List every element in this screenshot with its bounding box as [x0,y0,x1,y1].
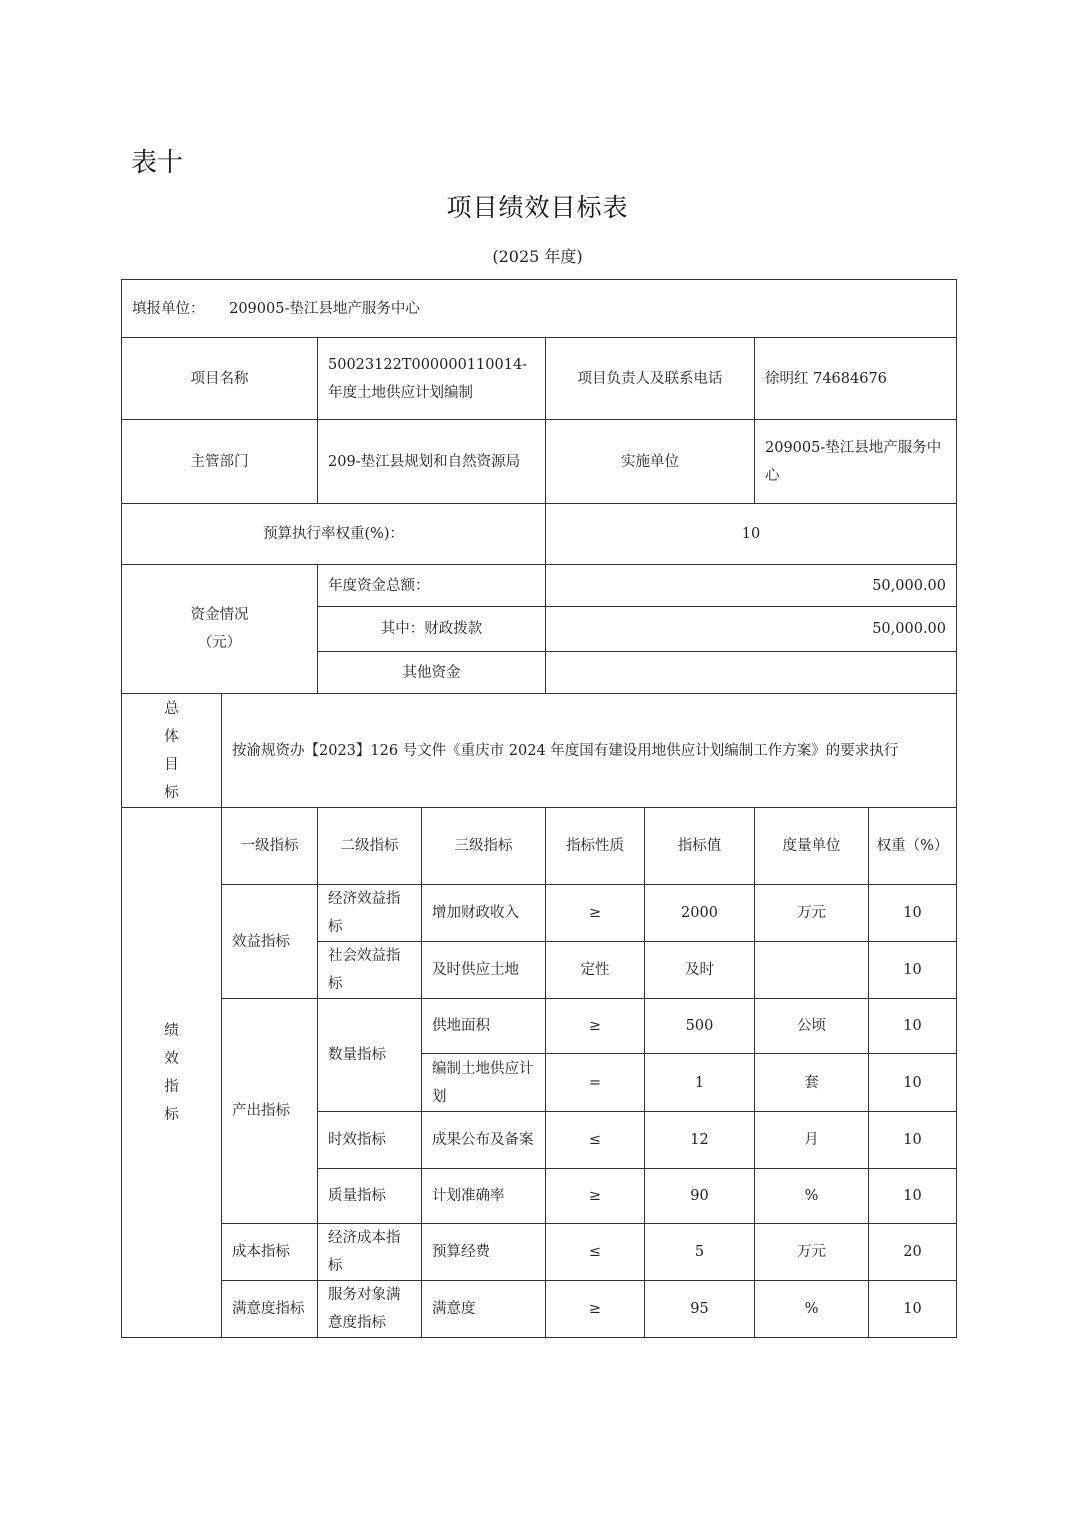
value-cell: 1 [645,1054,755,1112]
unit-cell: 套 [755,1054,869,1112]
contact-label: 项目负责人及联系电话 [546,338,755,420]
level3-cell: 计划准确率 [422,1169,546,1224]
nature-cell: ≤ [546,1112,645,1169]
indicators-char: 效 [122,1045,221,1073]
weight-cell: 10 [869,942,957,999]
overall-goal-char: 目 [122,751,221,779]
nature-cell: 定性 [546,942,645,999]
reporting-unit-cell: 填报单位： 209005-垫江县地产服务中心 [122,280,957,338]
column-header: 指标值 [645,808,755,885]
level3-cell: 满意度 [422,1281,546,1338]
implementing-unit-value: 209005-垫江县地产服务中心 [755,420,957,504]
project-name-label: 项目名称 [122,338,318,420]
funds-fiscal-label: 其中：财政拨款 [318,607,546,652]
table-label: 表十 [131,142,183,179]
value-cell: 5 [645,1224,755,1281]
level2-cell: 社会效益指标 [318,942,422,999]
column-header: 度量单位 [755,808,869,885]
funds-other-value [546,652,957,694]
weight-cell: 10 [869,1054,957,1112]
funds-total-row: 资金情况 （元） 年度资金总额： 50,000.00 [122,565,957,607]
funds-label-line1: 资金情况 [132,601,307,629]
document-title: 项目绩效目标表 [0,188,1075,224]
column-header: 二级指标 [318,808,422,885]
weight-cell: 10 [869,1112,957,1169]
implementing-unit-label: 实施单位 [546,420,755,504]
level3-cell: 成果公布及备案 [422,1112,546,1169]
table-row: 产出指标 数量指标 供地面积 ≥ 500 公顷 10 [122,999,957,1054]
reporting-unit-label: 填报单位： [132,301,205,317]
nature-cell: = [546,1054,645,1112]
unit-cell: % [755,1169,869,1224]
value-cell: 2000 [645,885,755,942]
unit-cell: 公顷 [755,999,869,1054]
value-cell: 12 [645,1112,755,1169]
overall-goal-label: 总 体 目 标 [122,694,222,808]
nature-cell: ≥ [546,1169,645,1224]
level2-cell: 时效指标 [318,1112,422,1169]
funds-label-line2: （元） [132,629,307,657]
department-row: 主管部门 209-垫江县规划和自然资源局 实施单位 209005-垫江县地产服务… [122,420,957,504]
budget-weight-value: 10 [546,504,957,565]
unit-cell: % [755,1281,869,1338]
overall-goal-char: 标 [122,779,221,807]
weight-cell: 20 [869,1224,957,1281]
nature-cell: ≤ [546,1224,645,1281]
column-header: 一级指标 [222,808,318,885]
level3-cell: 编制土地供应计划 [422,1054,546,1112]
value-cell: 500 [645,999,755,1054]
nature-cell: ≥ [546,1281,645,1338]
indicators-char: 指 [122,1073,221,1101]
level2-quantity: 数量指标 [318,999,422,1112]
weight-cell: 10 [869,999,957,1054]
level3-cell: 增加财政收入 [422,885,546,942]
column-header: 三级指标 [422,808,546,885]
unit-cell: 万元 [755,1224,869,1281]
unit-cell: 万元 [755,885,869,942]
level1-cost: 成本指标 [222,1224,318,1281]
nature-cell: ≥ [546,885,645,942]
department-value: 209-垫江县规划和自然资源局 [318,420,546,504]
level2-cell: 经济成本指标 [318,1224,422,1281]
performance-goal-table: 填报单位： 209005-垫江县地产服务中心 项目名称 50023122T000… [121,279,957,1338]
reporting-unit-value: 209005-垫江县地产服务中心 [229,301,420,317]
level2-cell: 质量指标 [318,1169,422,1224]
budget-weight-label: 预算执行率权重(%)： [122,504,546,565]
overall-goal-text: 按渝规资办【2023】126 号文件《重庆市 2024 年度国有建设用地供应计划… [222,694,957,808]
indicators-label: 绩 效 指 标 [122,808,222,1338]
indicators-char: 标 [122,1101,221,1129]
department-label: 主管部门 [122,420,318,504]
indicators-char: 绩 [122,1017,221,1045]
level1-output: 产出指标 [222,999,318,1224]
level1-satisfaction: 满意度指标 [222,1281,318,1338]
level2-cell: 服务对象满意度指标 [318,1281,422,1338]
unit-cell [755,942,869,999]
project-name-row: 项目名称 50023122T000000110014-年度土地供应计划编制 项目… [122,338,957,420]
level3-cell: 供地面积 [422,999,546,1054]
indicator-header-row: 绩 效 指 标 一级指标 二级指标 三级指标 指标性质 指标值 度量单位 权重（… [122,808,957,885]
overall-goal-char: 总 [122,695,221,723]
weight-cell: 10 [869,1169,957,1224]
funds-total-label: 年度资金总额： [318,565,546,607]
table-row: 满意度指标 服务对象满意度指标 满意度 ≥ 95 % 10 [122,1281,957,1338]
table-row: 效益指标 经济效益指标 增加财政收入 ≥ 2000 万元 10 [122,885,957,942]
table-row: 成本指标 经济成本指标 预算经费 ≤ 5 万元 20 [122,1224,957,1281]
funds-other-label: 其他资金 [318,652,546,694]
value-cell: 及时 [645,942,755,999]
weight-cell: 10 [869,885,957,942]
overall-goal-row: 总 体 目 标 按渝规资办【2023】126 号文件《重庆市 2024 年度国有… [122,694,957,808]
project-name-value: 50023122T000000110014-年度土地供应计划编制 [318,338,546,420]
level3-cell: 预算经费 [422,1224,546,1281]
contact-value: 徐明红 74684676 [755,338,957,420]
funds-total-value: 50,000.00 [546,565,957,607]
budget-weight-row: 预算执行率权重(%)： 10 [122,504,957,565]
unit-cell: 月 [755,1112,869,1169]
level1-benefit: 效益指标 [222,885,318,999]
value-cell: 95 [645,1281,755,1338]
column-header: 权重（%） [869,808,957,885]
reporting-unit-row: 填报单位： 209005-垫江县地产服务中心 [122,280,957,338]
level2-cell: 经济效益指标 [318,885,422,942]
value-cell: 90 [645,1169,755,1224]
overall-goal-char: 体 [122,723,221,751]
level3-cell: 及时供应土地 [422,942,546,999]
column-header: 指标性质 [546,808,645,885]
nature-cell: ≥ [546,999,645,1054]
document-year: (2025 年度) [0,244,1075,267]
funds-label: 资金情况 （元） [122,565,318,694]
funds-fiscal-value: 50,000.00 [546,607,957,652]
weight-cell: 10 [869,1281,957,1338]
